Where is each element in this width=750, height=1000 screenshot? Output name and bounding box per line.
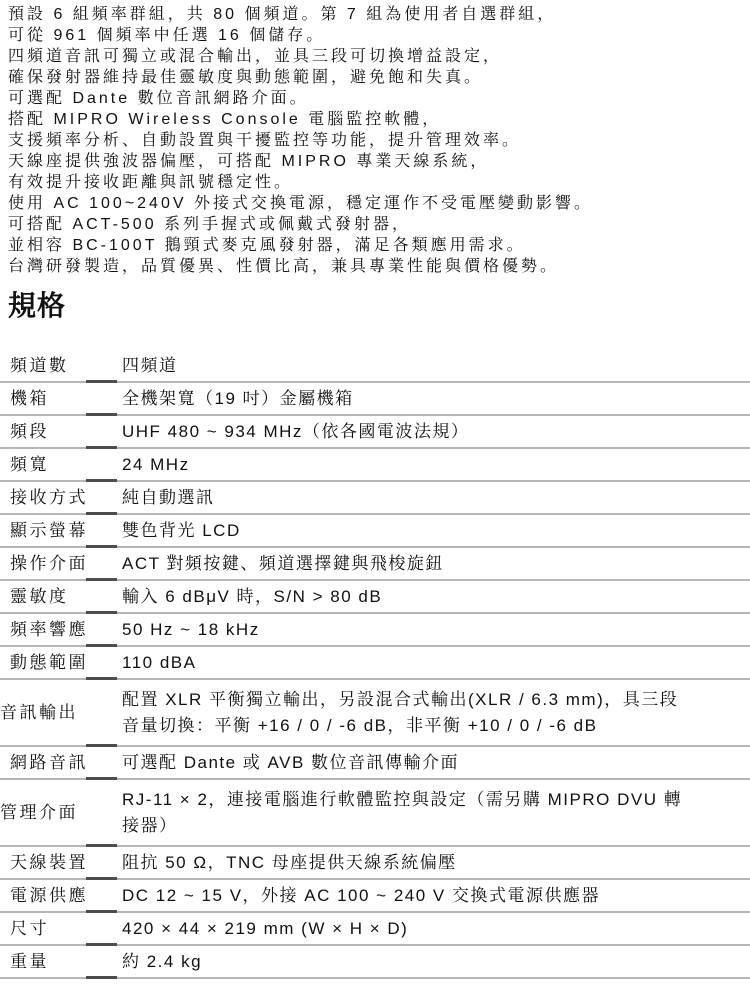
spec-value: UHF 480 ~ 934 MHz（依各國電波法規）: [122, 415, 750, 448]
spec-table: 頻道數 四頻道 機箱 全機架寬（19 吋）金屬機箱 頻段 UHF 480 ~ 9…: [0, 350, 750, 979]
spec-label: 網路音訊: [0, 746, 122, 779]
description-line: 天線座提供強波器偏壓，可搭配 MIPRO 專業天線系統，: [8, 151, 750, 172]
spec-label: 頻寬: [0, 448, 122, 481]
spec-value: 全機架寬（19 吋）金屬機箱: [122, 382, 750, 415]
spec-row-dimensions: 尺寸 420 × 44 × 219 mm (W × H × D): [0, 912, 750, 945]
spec-label: 尺寸: [0, 912, 122, 945]
spec-row-display: 顯示螢幕 雙色背光 LCD: [0, 514, 750, 547]
spec-value: DC 12 ~ 15 V，外接 AC 100 ~ 240 V 交換式電源供應器: [122, 879, 750, 912]
section-title-specs: 規格: [8, 289, 750, 323]
spec-row-controls: 操作介面 ACT 對頻按鍵、頻道選擇鍵與飛梭旋鈕: [0, 547, 750, 580]
spec-label: 操作介面: [0, 547, 122, 580]
description-line: 可從 961 個頻率中任選 16 個儲存。: [8, 25, 750, 46]
spec-label: 音訊輸出: [0, 679, 122, 746]
description-line: 可搭配 ACT-500 系列手握式或佩戴式發射器，: [8, 214, 750, 235]
spec-label: 動態範圍: [0, 646, 122, 679]
spec-value: 約 2.4 kg: [122, 945, 750, 978]
spec-value: 可選配 Dante 或 AVB 數位音訊傳輸介面: [122, 746, 750, 779]
spec-label: 重量: [0, 945, 122, 978]
spec-value: ACT 對頻按鍵、頻道選擇鍵與飛梭旋鈕: [122, 547, 750, 580]
spec-row-audio-output: 音訊輸出 配置 XLR 平衡獨立輸出，另設混合式輸出(XLR / 6.3 mm)…: [0, 679, 750, 746]
description-line: 搭配 MIPRO Wireless Console 電腦監控軟體，: [8, 109, 750, 130]
spec-value: 雙色背光 LCD: [122, 514, 750, 547]
spec-label: 機箱: [0, 382, 122, 415]
description-line: 預設 6 組頻率群組，共 80 個頻道。第 7 組為使用者自選群組，: [8, 4, 750, 25]
description-line: 有效提升接收距離與訊號穩定性。: [8, 172, 750, 193]
spec-value: 輸入 6 dBμV 時，S/N > 80 dB: [122, 580, 750, 613]
spec-label: 天線裝置: [0, 846, 122, 879]
spec-value: 阻抗 50 Ω，TNC 母座提供天線系統偏壓: [122, 846, 750, 879]
spec-row-power: 電源供應 DC 12 ~ 15 V，外接 AC 100 ~ 240 V 交換式電…: [0, 879, 750, 912]
spec-row-management-interface: 管理介面 RJ-11 × 2，連接電腦進行軟體監控與設定（需另購 MIPRO D…: [0, 779, 750, 846]
spec-label: 頻段: [0, 415, 122, 448]
spec-value: 50 Hz ~ 18 kHz: [122, 613, 750, 646]
spec-row-bandwidth: 頻寬 24 MHz: [0, 448, 750, 481]
spec-row-weight: 重量 約 2.4 kg: [0, 945, 750, 978]
spec-value: 四頻道: [122, 350, 750, 382]
spec-row-frequency-response: 頻率響應 50 Hz ~ 18 kHz: [0, 613, 750, 646]
spec-value: 24 MHz: [122, 448, 750, 481]
spec-value: 配置 XLR 平衡獨立輸出，另設混合式輸出(XLR / 6.3 mm)，具三段 …: [122, 679, 750, 746]
spec-row-channels: 頻道數 四頻道: [0, 350, 750, 382]
spec-label: 接收方式: [0, 481, 122, 514]
spec-label: 顯示螢幕: [0, 514, 122, 547]
spec-value: 純自動選訊: [122, 481, 750, 514]
description-line: 四頻道音訊可獨立或混合輸出，並具三段可切換增益設定，: [8, 46, 750, 67]
spec-row-frequency-band: 頻段 UHF 480 ~ 934 MHz（依各國電波法規）: [0, 415, 750, 448]
spec-row-sensitivity: 靈敏度 輸入 6 dBμV 時，S/N > 80 dB: [0, 580, 750, 613]
description-line: 並相容 BC-100T 鵝頸式麥克風發射器，滿足各類應用需求。: [8, 235, 750, 256]
spec-value: 110 dBA: [122, 646, 750, 679]
description-line: 使用 AC 100~240V 外接式交換電源，穩定運作不受電壓變動影響。: [8, 193, 750, 214]
description-line: 支援頻率分析、自動設置與干擾監控等功能，提升管理效率。: [8, 130, 750, 151]
description-line: 可選配 Dante 數位音訊網路介面。: [8, 88, 750, 109]
spec-label: 頻率響應: [0, 613, 122, 646]
spec-row-chassis: 機箱 全機架寬（19 吋）金屬機箱: [0, 382, 750, 415]
spec-row-network-audio: 網路音訊 可選配 Dante 或 AVB 數位音訊傳輸介面: [0, 746, 750, 779]
spec-row-receiving-mode: 接收方式 純自動選訊: [0, 481, 750, 514]
description-line: 台灣研發製造，品質優異、性價比高，兼具專業性能與價格優勢。: [8, 256, 750, 277]
spec-value: RJ-11 × 2，連接電腦進行軟體監控與設定（需另購 MIPRO DVU 轉 …: [122, 779, 750, 846]
spec-label: 靈敏度: [0, 580, 122, 613]
spec-value: 420 × 44 × 219 mm (W × H × D): [122, 912, 750, 945]
spec-label: 頻道數: [0, 350, 122, 382]
description-line: 確保發射器維持最佳靈敏度與動態範圍，避免飽和失真。: [8, 67, 750, 88]
spec-row-dynamic-range: 動態範圍 110 dBA: [0, 646, 750, 679]
spec-row-antenna: 天線裝置 阻抗 50 Ω，TNC 母座提供天線系統偏壓: [0, 846, 750, 879]
product-description: 預設 6 組頻率群組，共 80 個頻道。第 7 組為使用者自選群組， 可從 96…: [0, 0, 750, 277]
spec-label: 電源供應: [0, 879, 122, 912]
spec-label: 管理介面: [0, 779, 122, 846]
